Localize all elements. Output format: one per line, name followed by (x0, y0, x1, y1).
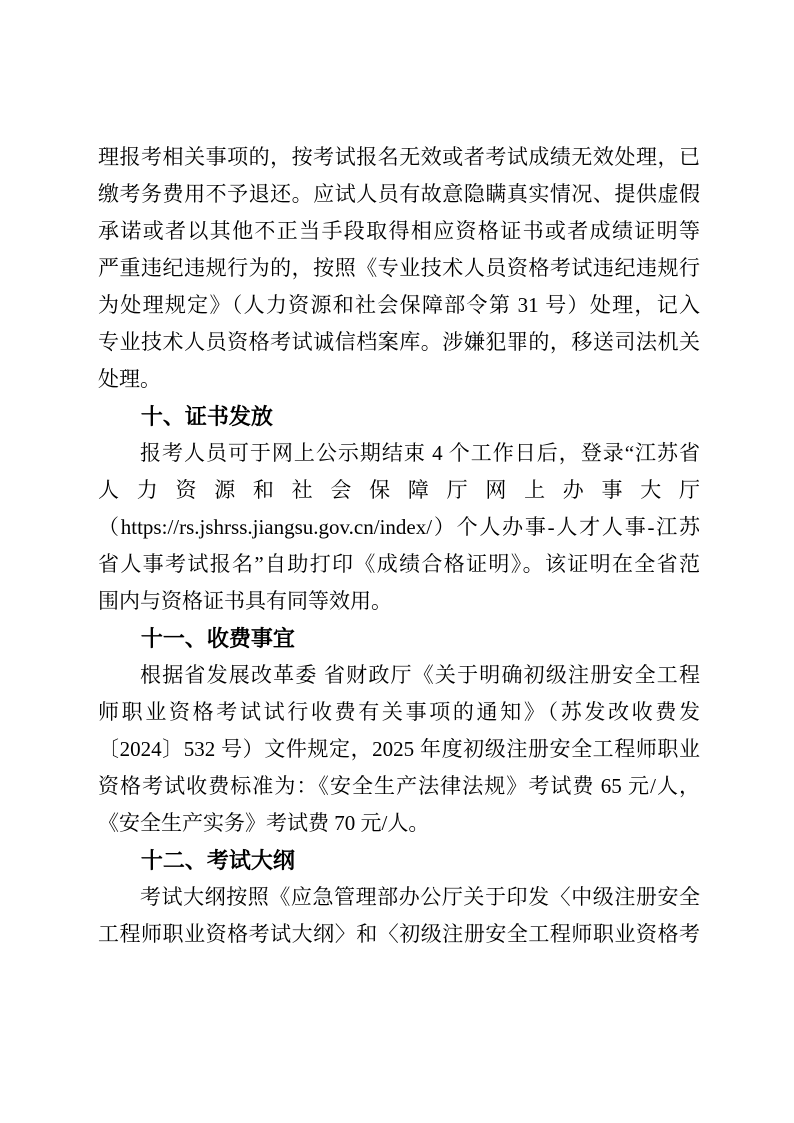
body-line: 处理。 (98, 361, 700, 398)
body-line: 为处理规定》（人力资源和社会保障部令第 31 号）处理，记入 (98, 287, 700, 324)
body-line: 省人事考试报名”自助打印《成绩合格证明》。该证明在全省范 (98, 546, 700, 583)
body-line: 师职业资格考试试行收费有关事项的通知》（苏发改收费发 (98, 694, 700, 731)
body-line: 《安全生产实务》考试费 70 元/人。 (98, 805, 700, 842)
document-page: 理报考相关事项的，按考试报名无效或者考试成绩无效处理，已 缴考务费用不予退还。应… (0, 0, 794, 1123)
body-line: 承诺或者以其他不正当手段取得相应资格证书或者成绩证明等 (98, 213, 700, 250)
body-line: 专业技术人员资格考试诚信档案库。涉嫌犯罪的，移送司法机关 (98, 324, 700, 361)
body-line: 〔2024〕532 号）文件规定，2025 年度初级注册安全工程师职业 (98, 731, 700, 768)
body-line-url: （https://rs.jshrss.jiangsu.gov.cn/index/… (98, 509, 700, 546)
section-heading-fees: 十一、收费事宜 (98, 620, 700, 657)
body-line: 理报考相关事项的，按考试报名无效或者考试成绩无效处理，已 (98, 139, 700, 176)
body-line: 缴考务费用不予退还。应试人员有故意隐瞒真实情况、提供虚假 (98, 176, 700, 213)
body-line: 资格考试收费标准为：《安全生产法律法规》考试费 65 元/人， (98, 768, 700, 805)
body-line: 严重违纪违规行为的，按照《专业技术人员资格考试违纪违规行 (98, 250, 700, 287)
body-line: 根据省发展改革委 省财政厅《关于明确初级注册安全工程 (98, 657, 700, 694)
body-line: 工程师职业资格考试大纲〉和〈初级注册安全工程师职业资格考 (98, 916, 700, 953)
document-text-block: 理报考相关事项的，按考试报名无效或者考试成绩无效处理，已 缴考务费用不予退还。应… (98, 139, 700, 953)
body-line: 报考人员可于网上公示期结束 4 个工作日后，登录“江苏省 (98, 435, 700, 472)
body-line: 围内与资格证书具有同等效用。 (98, 583, 700, 620)
section-heading-certificate-issuance: 十、证书发放 (98, 398, 700, 435)
body-line-letter-spread: 人力资源和社会保障厅网上办事大厅 (98, 472, 700, 509)
section-heading-exam-syllabus: 十二、考试大纲 (98, 842, 700, 879)
body-line: 考试大纲按照《应急管理部办公厅关于印发〈中级注册安全 (98, 879, 700, 916)
